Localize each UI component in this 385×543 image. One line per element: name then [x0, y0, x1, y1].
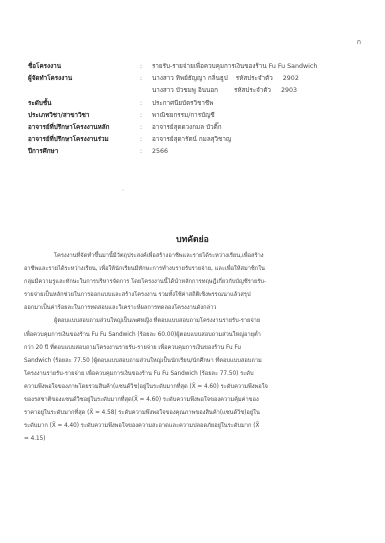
abstract-line: ราคาอยู่ในระดับมากที่สุด (X̄ = 4.58) ระด…	[24, 407, 358, 420]
meta-row-author-2: _ : นางสาว บัวชมพู อินนอก รหัสประจำตัว 2…	[28, 85, 373, 97]
meta-row-field: ประเภทวิชา/สาขาวิชา : พาณิชยกรรม/การบัญช…	[28, 110, 373, 122]
abstract-line: ผู้ตอบแบบสอบถามส่วนใหญ่เป็นเพศหญิง ที่ตอ…	[24, 315, 358, 328]
author-entry: นางสาว บัวชมพู อินนอก รหัสประจำตัว 2903	[152, 85, 297, 97]
abstract-line: = 4.15)	[24, 433, 358, 446]
education-level: ประกาศนียบัตรวิชาชีพ	[152, 98, 213, 110]
student-id-label: รหัสประจำตัว	[236, 75, 273, 82]
abstract-line: ของรสชาติของแซนด์วิชอยู่ในระดับมากที่สุด…	[24, 394, 358, 407]
meta-row-level: ระดับชั้น : ประกาศนียบัตรวิชาชีพ	[28, 98, 373, 110]
abstract-line: กว่า 20 ปี ที่ตอบแบบสอบถามโครงงานรายรับ-…	[24, 342, 358, 355]
student-id: 2902	[283, 75, 299, 82]
abstract-line: โครงงานที่จัดทำขึ้นมานี้มีวัตถุประสงค์เพ…	[24, 250, 358, 263]
meta-colon: :	[140, 146, 152, 158]
meta-label: ประเภทวิชา/สาขาวิชา	[28, 110, 140, 122]
meta-label: ปีการศึกษา	[28, 146, 140, 158]
main-advisor: อาจารย์สุดดวงกมล บัวติ๊ก	[152, 122, 222, 134]
meta-row-academic-year: ปีการศึกษา : 2566	[28, 146, 373, 158]
abstract-line: ออกมาเป็นค่าร้อยละในการทดสอบและวิเคราะห์…	[24, 302, 358, 315]
abstract-body: โครงงานที่จัดทำขึ้นมานี้มีวัตถุประสงค์เพ…	[24, 250, 358, 446]
project-name: รายรับ-รายจ่ายเพื่อควบคุมการเงินของร้าน …	[152, 61, 317, 73]
author-name: นางสาว บัวชมพู อินนอก	[152, 87, 218, 94]
meta-colon: :	[140, 98, 152, 110]
student-id-label: รหัสประจำตัว	[234, 87, 271, 94]
abstract-line: Sandwich (ร้อยละ 77.50 )ผู้ตอบแบบสอบถามส…	[24, 355, 358, 368]
meta-label: ผู้จัดทำโครงงาน	[28, 73, 140, 85]
abstract-line: ความพึงพอใจของภาพโดยรวมสินค้า(แซนด์วิช)อ…	[24, 381, 358, 394]
meta-label: อาจารย์ที่ปรึกษาโครงงานหลัก	[28, 122, 140, 134]
page-number: ก	[357, 37, 361, 48]
meta-label: ชื่อโครงงาน	[28, 61, 140, 73]
abstract-line: ระดับมาก (X̄ = 4.40) ระดับความพึงพอใจของ…	[24, 420, 358, 433]
author-name: นางสาว ทิพย์ธัญญา กลิ่นธูป	[152, 75, 228, 82]
meta-row-co-advisor: อาจารย์ที่ปรึกษาโครงงานร่วม : อาจารย์สุด…	[28, 134, 373, 146]
abstract-line: เพื่อควบคุมการเงินของร้าน Fu Fu Sandwich…	[24, 329, 358, 342]
abstract-line: รายจ่ายเป็นหลักช่วยในการออกแบบและสร้างโค…	[24, 289, 358, 302]
abstract-line: กลุ่มมีความรูและทักษะในการบริหารจัดการ โ…	[24, 276, 358, 289]
abstract-line: โครงงานรายรับ-รายจ่าย เพื่อควบคุมการเงิน…	[24, 368, 358, 381]
meta-label: ระดับชั้น	[28, 98, 140, 110]
meta-colon: :	[140, 73, 152, 85]
meta-row-author-1: ผู้จัดทำโครงงาน : นางสาว ทิพย์ธัญญา กลิ่…	[28, 73, 373, 85]
project-info: ชื่อโครงงาน : รายรับ-รายจ่ายเพื่อควบคุมก…	[28, 61, 373, 159]
meta-colon: :	[140, 110, 152, 122]
meta-colon: :	[140, 122, 152, 134]
meta-colon: :	[140, 134, 152, 146]
co-advisor: อาจารย์สุดารัตน์ กมลสุวิชาญ	[152, 134, 231, 146]
meta-label: อาจารย์ที่ปรึกษาโครงงานร่วม	[28, 134, 140, 146]
abstract-line: อาชีพและรายได้ระหว่างเรียน, เพื่อให้นักเ…	[24, 263, 358, 276]
scan-artifact: ᐟ	[122, 189, 124, 195]
meta-row-project-name: ชื่อโครงงาน : รายรับ-รายจ่ายเพื่อควบคุมก…	[28, 61, 373, 73]
meta-colon: :	[140, 61, 152, 73]
author-entry: นางสาว ทิพย์ธัญญา กลิ่นธูป รหัสประจำตัว …	[152, 73, 299, 85]
abstract-title: บทคัดย่อ	[0, 232, 385, 246]
student-id: 2903	[281, 87, 297, 94]
meta-row-main-advisor: อาจารย์ที่ปรึกษาโครงงานหลัก : อาจารย์สุด…	[28, 122, 373, 134]
field-of-study: พาณิชยกรรม/การบัญชี	[152, 110, 215, 122]
academic-year: 2566	[152, 146, 168, 158]
